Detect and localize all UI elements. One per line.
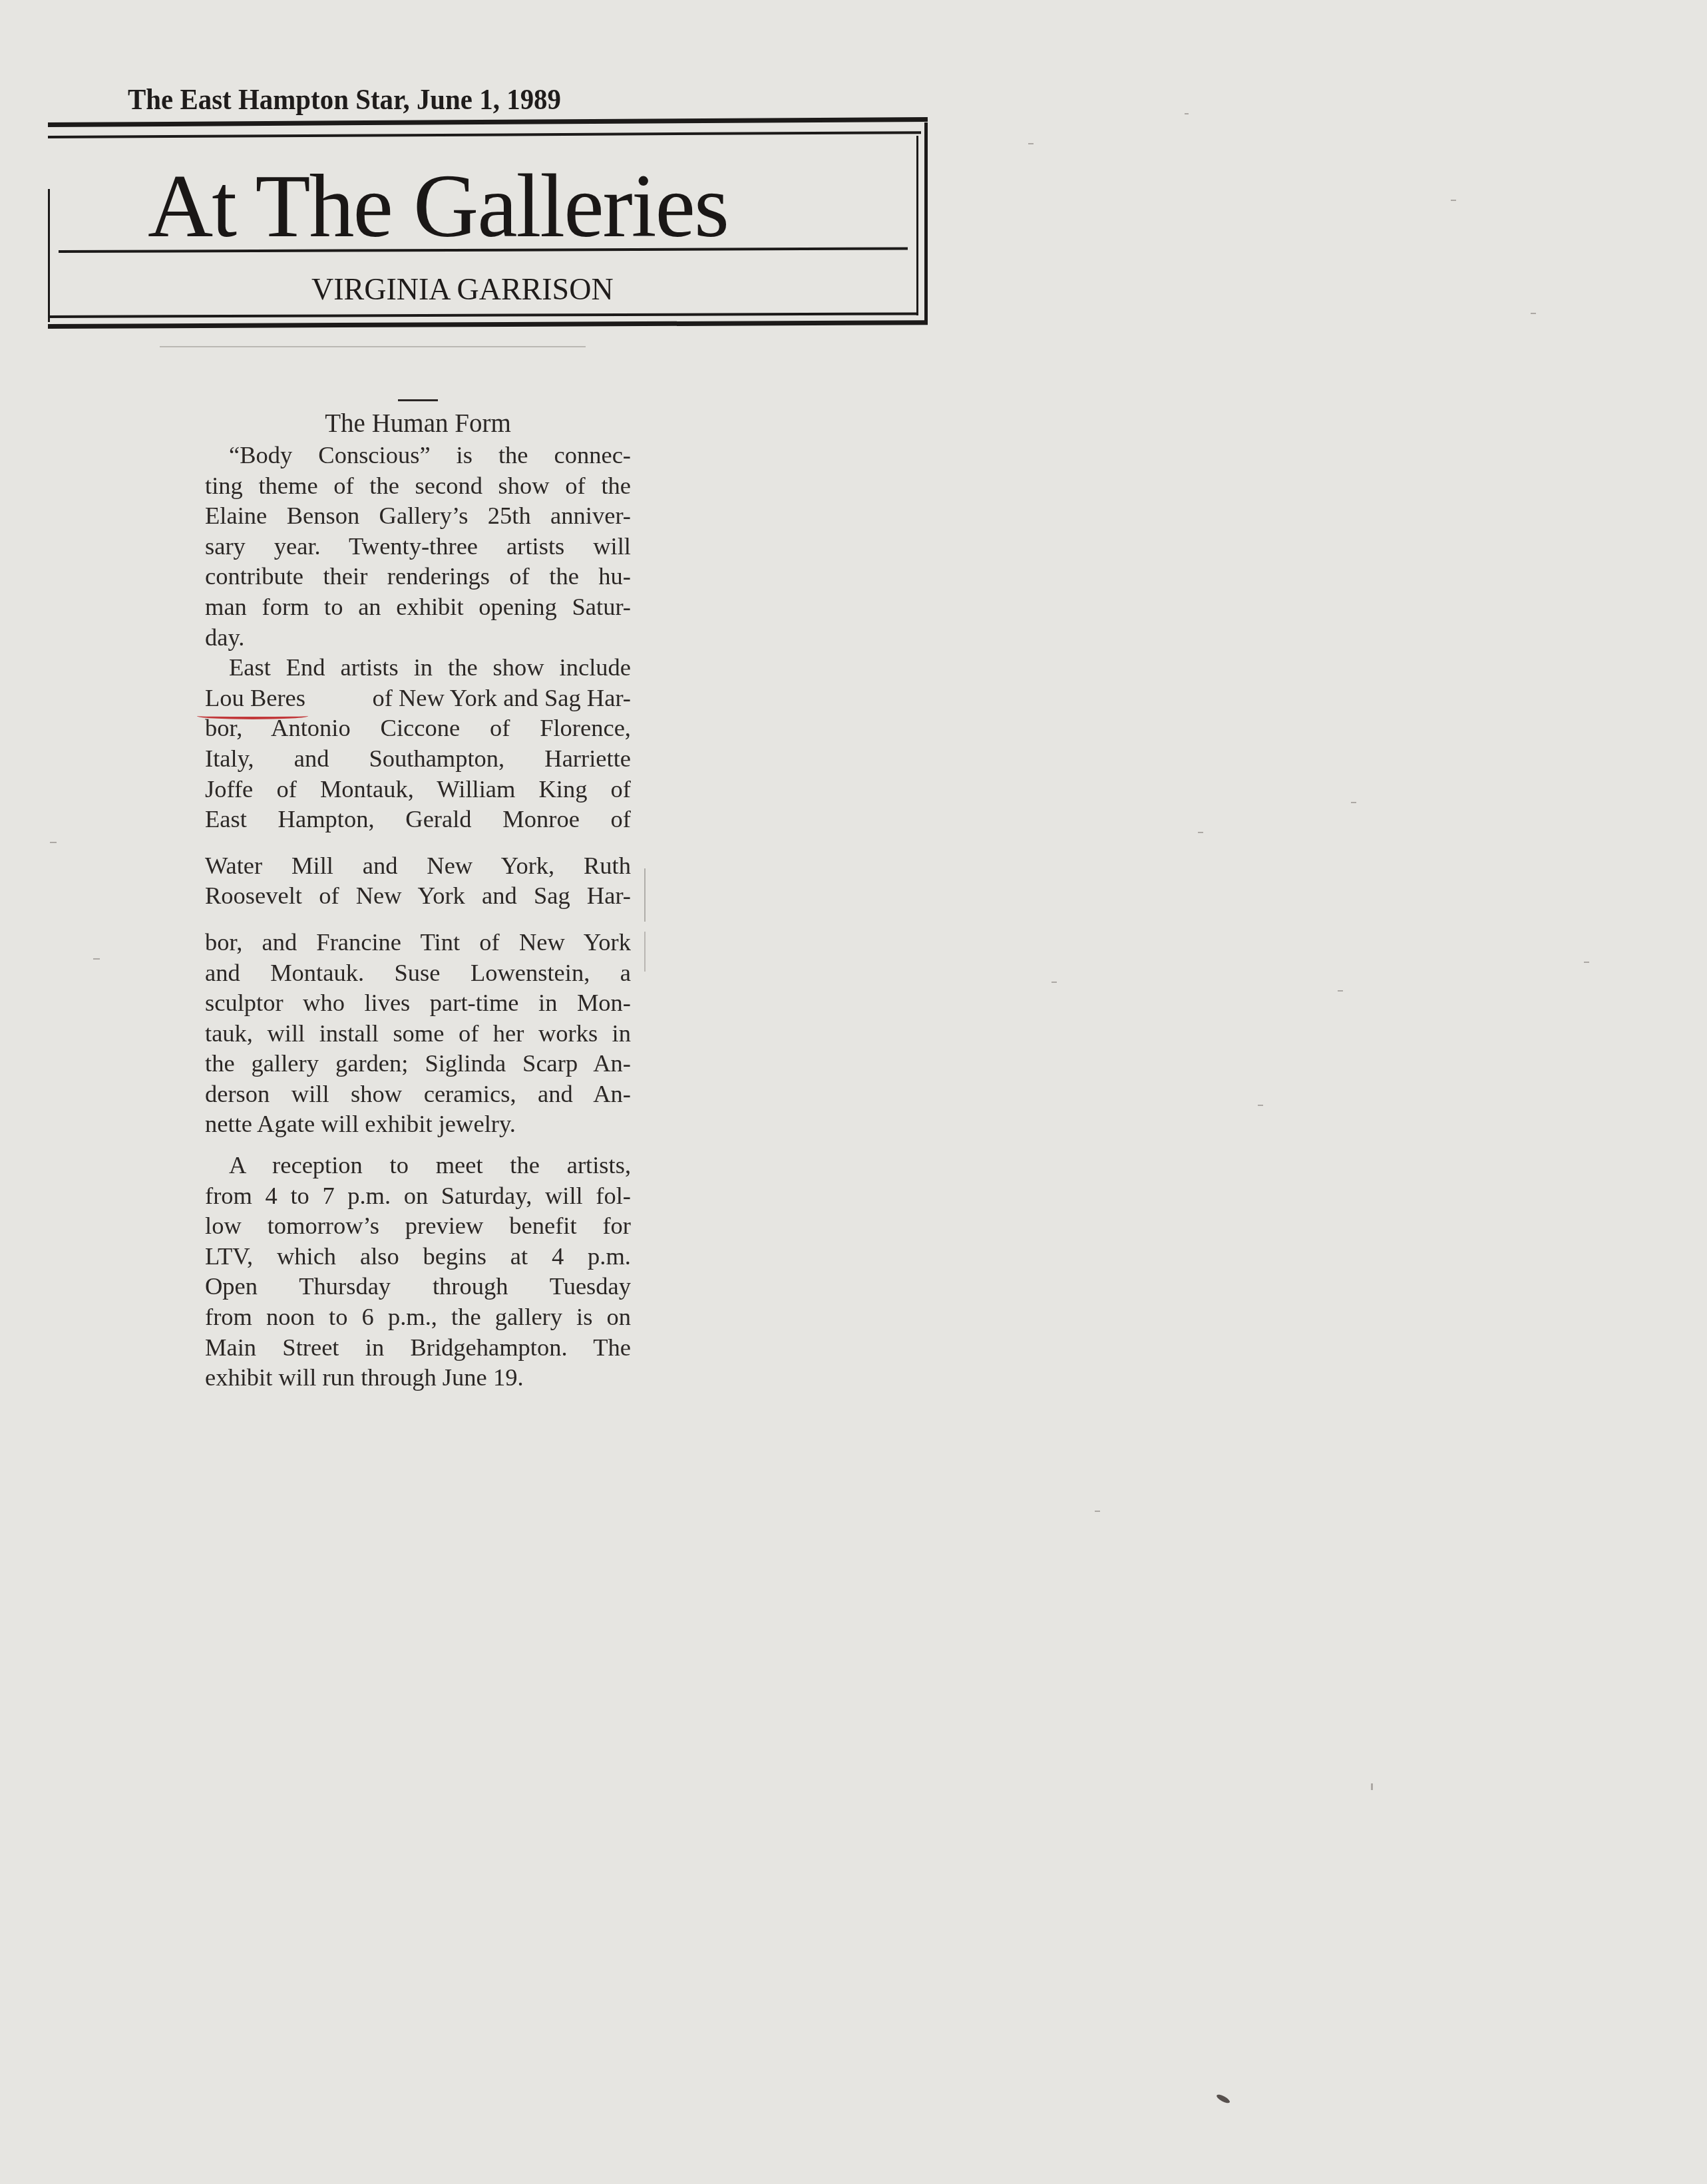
text-line: tauk, will install some of her works in [205,1018,631,1049]
text-line: nette Agate will exhibit jewelry. [205,1109,631,1139]
publication-dateline: The East Hampton Star, June 1, 1989 [128,83,561,116]
masthead-rule [48,312,918,318]
text-line: and Montauk. Suse Lowenstein, a [205,958,631,988]
masthead-rule [48,320,928,329]
highlighted-artist-name: Lou Beres [205,683,305,713]
text-line: East End artists in the show include [205,652,631,683]
paper-speck [1451,200,1456,201]
text-line: from noon to 6 p.m., the gallery is on [205,1302,631,1332]
divider [160,346,586,347]
artist-name: Lou Beres [205,684,305,711]
paper-speck [1028,143,1034,144]
column-masthead: At The Galleries VIRGINIA GARRISON [48,122,928,335]
paper-speck [1095,1511,1100,1512]
masthead-rule [48,131,921,138]
text-line: low tomorrow’s preview benefit for [205,1210,631,1241]
article-body: The Human Form “Body Conscious” is the c… [205,394,631,1393]
text-line: the gallery garden; Siglinda Scarp An- [205,1048,631,1079]
text-line: Joffe of Montauk, William King of [205,774,631,805]
paper-speck [1198,832,1203,833]
paragraph-2: East End artists in the show include Lou… [205,652,631,1139]
text-line: Roosevelt of New York and Sag Har- [205,880,631,911]
text-line: A reception to meet the artists, [205,1150,631,1181]
masthead-rule [48,189,50,322]
masthead-rule [916,136,918,315]
paragraph-3: A reception to meet the artists, from 4 … [205,1150,631,1393]
text-line: contribute their renderings of the hu- [205,561,631,592]
text-line: sculptor who lives part-time in Mon- [205,988,631,1018]
text-line: derson will show ceramics, and An- [205,1079,631,1109]
text-line: Open Thursday through Tuesday [205,1271,631,1302]
paper-speck [1258,1105,1263,1106]
paper-speck [93,958,100,960]
paper-speck [1584,962,1589,963]
text-line: Water Mill and New York, Ruth [205,850,631,881]
text-line: day. [205,622,631,653]
author-byline: VIRGINIA GARRISON [311,272,614,307]
text-line: Elaine Benson Gallery’s 25th anniver- [205,500,631,531]
paragraph-1: “Body Conscious” is the connec- ting the… [205,440,631,652]
text-line: Lou Beres of New York and Sag Har- [205,683,631,713]
paper-speck [50,842,57,843]
paper-speck [1051,982,1057,983]
masthead-rule [924,122,928,323]
section-heading: The Human Form [205,408,631,440]
paper-smudge [1215,2093,1231,2104]
paper-speck [1185,113,1189,114]
text-line: “Body Conscious” is the connec- [205,440,631,470]
text-line: exhibit will run through June 19. [205,1362,631,1393]
text-line: bor, and Francine Tint of New York [205,927,631,958]
column-rule [644,932,646,972]
paper-speck [1351,802,1356,803]
column-title: At The Galleries [148,161,728,252]
text-line: LTV, which also begins at 4 p.m. [205,1241,631,1272]
paper-speck [1338,990,1343,992]
paper-speck [1371,1783,1373,1790]
masthead-rule [48,117,928,127]
text-line: from 4 to 7 p.m. on Saturday, will fol- [205,1181,631,1211]
text-line: East Hampton, Gerald Monroe of [205,804,631,834]
paper-speck [1531,313,1536,314]
column-rule [644,868,646,922]
text-line: man form to an exhibit opening Satur- [205,592,631,622]
text-line: Italy, and Southampton, Harriette [205,743,631,774]
text-fragment: of New York and Sag Har- [372,683,631,713]
text-line: Main Street in Bridgehampton. The [205,1332,631,1363]
text-line: ting theme of the second show of the [205,470,631,501]
section-dash [398,399,438,401]
text-line: sary year. Twenty-three artists will [205,531,631,562]
